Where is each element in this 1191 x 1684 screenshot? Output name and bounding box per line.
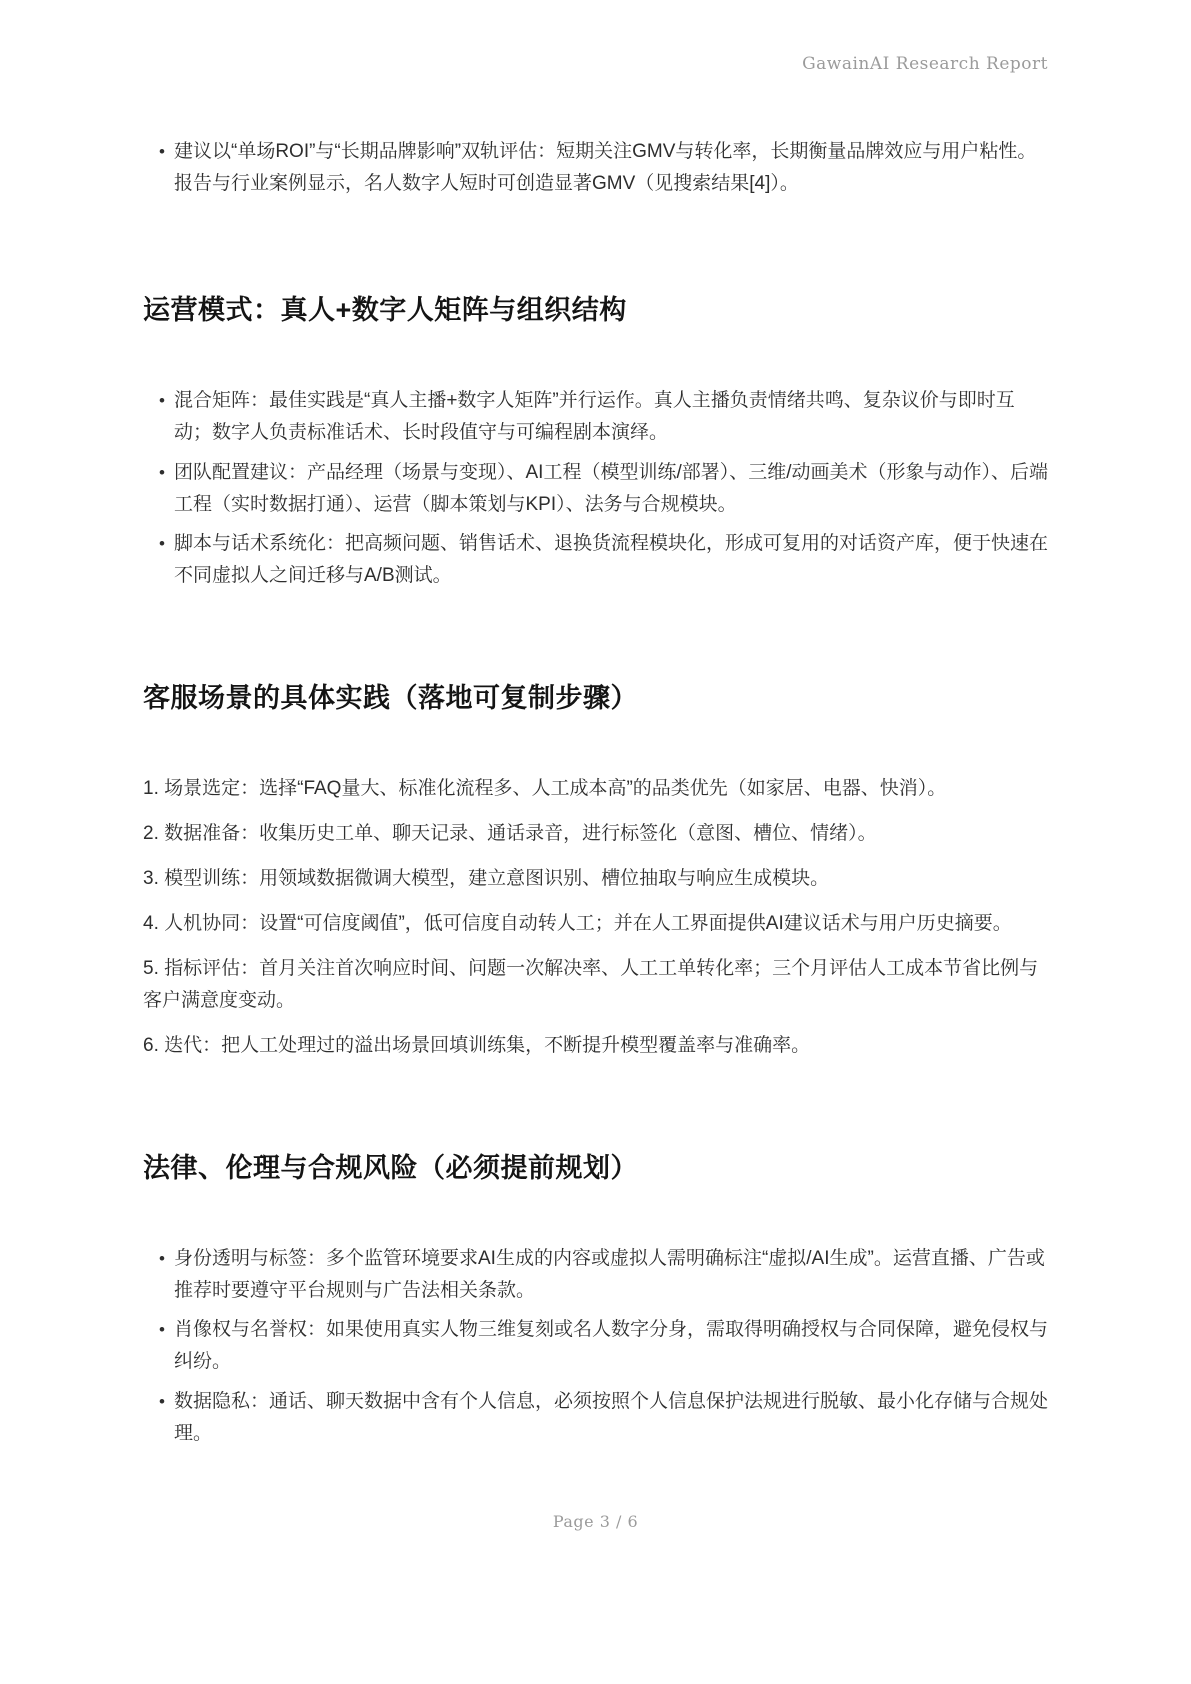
numbered-item: 4. 人机协同：设置“可信度阈值”，低可信度自动转人工；并在人工界面提供AI建议… <box>143 908 1048 940</box>
list-item-text: 数据隐私：通话、聊天数据中含有个人信息，必须按照个人信息保护法规进行脱敏、最小化… <box>174 1386 1048 1450</box>
report-page: GawainAI Research Report • 建议以“单场ROI”与“长… <box>0 0 1191 1684</box>
numbered-item: 2. 数据准备：收集历史工单、聊天记录、通话录音，进行标签化（意图、槽位、情绪）… <box>143 818 1048 850</box>
list-item-text: 建议以“单场ROI”与“长期品牌影响”双轨评估：短期关注GMV与转化率，长期衡量… <box>174 136 1048 200</box>
list-item-text: 身份透明与标签：多个监管环境要求AI生成的内容或虚拟人需明确标注“虚拟/AI生成… <box>174 1243 1048 1307</box>
section-1-bullet-list: • 混合矩阵：最佳实践是“真人主播+数字人矩阵”并行运作。真人主播负责情绪共鸣、… <box>143 385 1048 592</box>
section-2-numbered-list: 1. 场景选定：选择“FAQ量大、标准化流程多、人工成本高”的品类优先（如家居、… <box>143 773 1048 1061</box>
list-item: • 肖像权与名誉权：如果使用真实人物三维复刻或名人数字分身，需取得明确授权与合同… <box>159 1314 1048 1378</box>
section-3-bullet-list: • 身份透明与标签：多个监管环境要求AI生成的内容或虚拟人需明确标注“虚拟/AI… <box>143 1243 1048 1450</box>
numbered-item: 6. 迭代：把人工处理过的溢出场景回填训练集，不断提升模型覆盖率与准确率。 <box>143 1030 1048 1062</box>
list-item-text: 混合矩阵：最佳实践是“真人主播+数字人矩阵”并行运作。真人主播负责情绪共鸣、复杂… <box>174 385 1048 449</box>
section-title-customer-service-practice: 客服场景的具体实践（落地可复制步骤） <box>143 676 1048 715</box>
list-item-text: 团队配置建议：产品经理（场景与变现）、AI工程（模型训练/部署）、三维/动画美术… <box>174 457 1048 521</box>
list-item: • 团队配置建议：产品经理（场景与变现）、AI工程（模型训练/部署）、三维/动画… <box>159 457 1048 521</box>
page-number: Page 3 / 6 <box>0 1512 1191 1531</box>
bullet-icon: • <box>159 457 174 489</box>
list-item: • 数据隐私：通话、聊天数据中含有个人信息，必须按照个人信息保护法规进行脱敏、最… <box>159 1386 1048 1450</box>
report-content: GawainAI Research Report • 建议以“单场ROI”与“长… <box>0 0 1191 1450</box>
numbered-item: 1. 场景选定：选择“FAQ量大、标准化流程多、人工成本高”的品类优先（如家居、… <box>143 773 1048 805</box>
list-item: • 身份透明与标签：多个监管环境要求AI生成的内容或虚拟人需明确标注“虚拟/AI… <box>159 1243 1048 1307</box>
section-title-legal-compliance-risk: 法律、伦理与合规风险（必须提前规划） <box>143 1146 1048 1185</box>
list-item: • 混合矩阵：最佳实践是“真人主播+数字人矩阵”并行运作。真人主播负责情绪共鸣、… <box>159 385 1048 449</box>
numbered-item: 3. 模型训练：用领域数据微调大模型，建立意图识别、槽位抽取与响应生成模块。 <box>143 863 1048 895</box>
list-item: • 脚本与话术系统化：把高频问题、销售话术、退换货流程模块化，形成可复用的对话资… <box>159 528 1048 592</box>
bullet-icon: • <box>159 136 174 168</box>
list-item-text: 脚本与话术系统化：把高频问题、销售话术、退换货流程模块化，形成可复用的对话资产库… <box>174 528 1048 592</box>
numbered-item: 5. 指标评估：首月关注首次响应时间、问题一次解决率、人工工单转化率；三个月评估… <box>143 953 1048 1017</box>
list-item-text: 肖像权与名誉权：如果使用真实人物三维复刻或名人数字分身，需取得明确授权与合同保障… <box>174 1314 1048 1378</box>
bullet-icon: • <box>159 1314 174 1346</box>
bullet-icon: • <box>159 385 174 417</box>
intro-bullet-list: • 建议以“单场ROI”与“长期品牌影响”双轨评估：短期关注GMV与转化率，长期… <box>143 136 1048 200</box>
bullet-icon: • <box>159 1243 174 1275</box>
section-title-operating-model: 运营模式：真人+数字人矩阵与组织结构 <box>143 288 1048 327</box>
list-item: • 建议以“单场ROI”与“长期品牌影响”双轨评估：短期关注GMV与转化率，长期… <box>159 136 1048 200</box>
bullet-icon: • <box>159 528 174 560</box>
report-header-title: GawainAI Research Report <box>143 0 1048 74</box>
bullet-icon: • <box>159 1386 174 1418</box>
